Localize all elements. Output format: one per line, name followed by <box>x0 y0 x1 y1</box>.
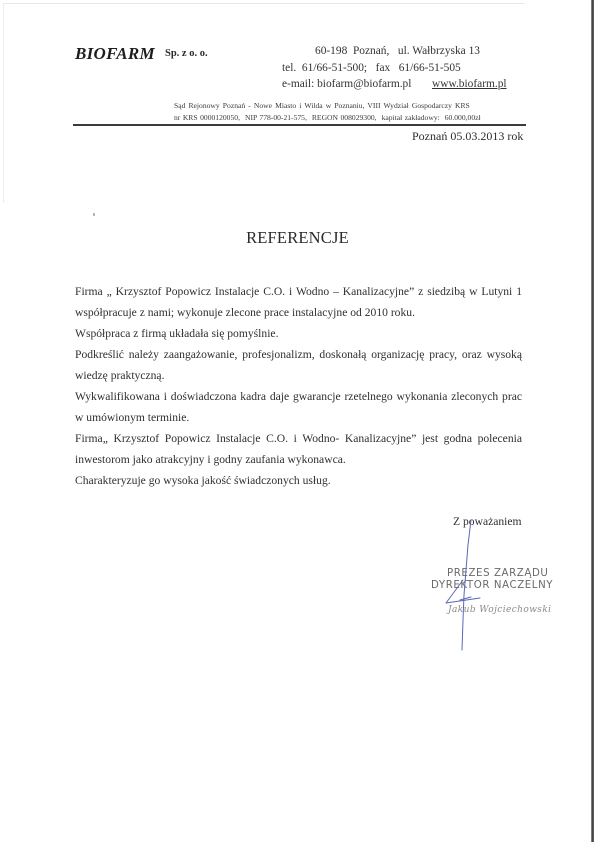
company-address: 60-198 Poznań, ul. Wałbrzyska 13 <box>315 45 480 57</box>
registry-line-2: nr KRS 0000120050, NIP 778-00-21-575, RE… <box>174 113 481 122</box>
body-line: Firma „ Krzysztof Popowicz Instalacje C.… <box>75 285 522 298</box>
stamp-title-1: PREZES ZARZĄDU <box>447 568 548 579</box>
body-line: współpracuje z nami; wykonuje zlecone pr… <box>75 306 415 319</box>
body-line: wiedzę praktyczną. <box>75 369 164 382</box>
body-line: Podkreślić należy zaangażowanie, profesj… <box>75 348 522 361</box>
company-suffix: Sp. z o. o. <box>165 48 208 59</box>
body-line: Charakteryzuje go wysoka jakość świadczo… <box>75 474 331 487</box>
body-line: w umówionym terminie. <box>75 411 189 424</box>
scan-speck <box>93 213 95 216</box>
document-date: Poznań 05.03.2013 rok <box>412 129 523 144</box>
company-email: e-mail: biofarm@biofarm.pl <box>282 78 411 90</box>
body-line: Współpraca z firmą układała się pomyślni… <box>75 327 278 340</box>
stamp-title-2: DYREKTOR NACZELNY <box>431 580 553 591</box>
stamp-name: Jakub Wojciechowski <box>448 605 551 615</box>
company-phone-fax: tel. 61/66-51-500; fax 61/66-51-505 <box>282 62 461 74</box>
body-line: inwestorom jako atrakcyjny i godny zaufa… <box>75 453 346 466</box>
body-line: Wykwalifikowana i doświadczona kadra daj… <box>75 390 522 403</box>
company-website-link[interactable]: www.biofarm.pl <box>432 78 507 90</box>
registry-line-1: Sąd Rejonowy Poznań - Nowe Miasto i Wild… <box>174 101 470 110</box>
scan-edge-right <box>591 0 594 842</box>
company-name: BIOFARM <box>75 44 155 64</box>
header-divider <box>73 124 526 126</box>
body-line: Firma„ Krzysztof Popowicz Instalacje C.O… <box>75 432 522 445</box>
closing-salutation: Z poważaniem <box>453 515 522 528</box>
scan-edge-top <box>4 3 524 4</box>
document-title: REFERENCJE <box>0 228 595 248</box>
scan-edge-left <box>3 3 4 203</box>
